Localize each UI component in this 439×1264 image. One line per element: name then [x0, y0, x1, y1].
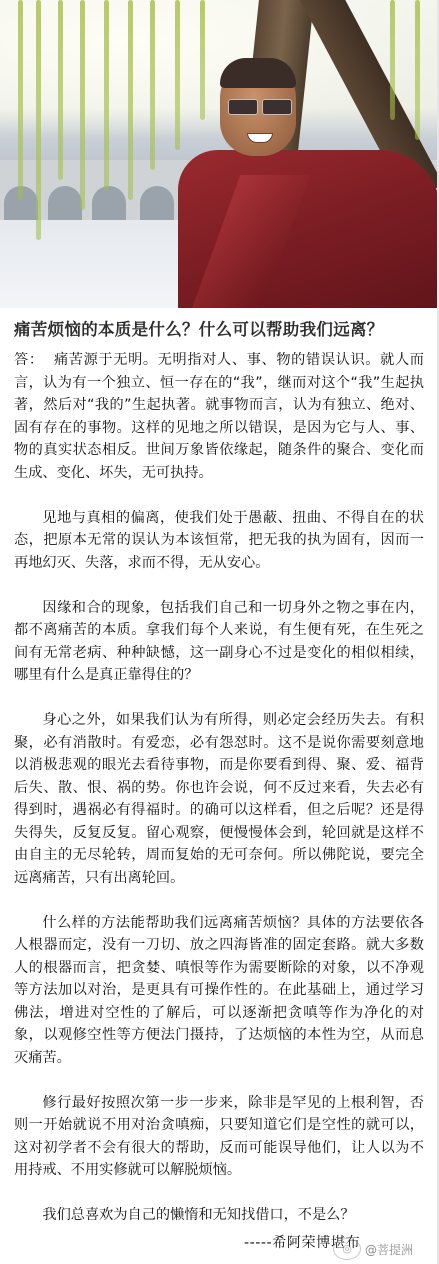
header-photo — [0, 0, 437, 308]
willow-strand — [390, 0, 395, 120]
willow-strand — [175, 0, 180, 150]
paragraph-6: 修行最好按照次第一步一步来，除非是罕见的上根利智，否则一开始就说不用对治贪嗔痴，… — [14, 1092, 424, 1182]
willow-strand — [128, 0, 133, 200]
paragraph-1: 答： 痛苦源于无明。无明指对人、事、物的错误认识。就人而言，认为有一个独立、恒一… — [14, 349, 424, 484]
weibo-logo-icon: ◎ — [333, 1238, 361, 1260]
willow-strand — [18, 0, 23, 200]
willow-strand — [200, 0, 205, 120]
willow-strand — [104, 0, 109, 190]
bridge-arch — [48, 186, 82, 220]
willow-strand — [150, 0, 155, 170]
article-title: 痛苦烦恼的本质是什么？什么可以帮助我们远离？ — [14, 319, 434, 341]
paragraph-7: 我们总喜欢为自己的懒惰和无知找借口，不是么？ — [14, 1204, 424, 1227]
paragraph-3: 因缘和合的现象，包括我们自己和一切身外之物之事在内，都不离痛苦的本质。拿我们每个… — [14, 597, 424, 687]
answer-label: 答： — [14, 352, 44, 368]
sunglasses — [228, 99, 292, 115]
paragraph-5: 什么样的方法能帮助我们远离痛苦烦恼？具体的方法要依各人根器而定，没有一刀切、放之… — [14, 912, 424, 1070]
willow-strand — [36, 0, 41, 240]
article-body: 答： 痛苦源于无明。无明指对人、事、物的错误认识。就人而言，认为有一个独立、恒一… — [14, 349, 424, 1249]
willow-strand — [415, 0, 420, 140]
paragraph-2: 见地与真相的偏离，使我们处于愚蔽、扭曲、不得自在的状态，把原本无常的误认为本该恒… — [14, 507, 424, 575]
willow-strand — [80, 0, 85, 210]
weibo-watermark: ◎ @菩提洲 — [333, 1238, 413, 1260]
weibo-handle: @菩提洲 — [365, 1241, 413, 1258]
paragraph-text: 痛苦源于无明。无明指对人、事、物的错误认识。就人而言，认为有一个独立、恒一存在的… — [14, 352, 424, 481]
bridge-arch — [140, 186, 174, 220]
paragraph-4: 身心之外，如果我们认为有所得，则必定会经历失去。有积聚，必有消散时。有爱恋，必有… — [14, 709, 424, 889]
bridge-arch — [92, 186, 126, 220]
willow-strand — [58, 0, 63, 180]
monk-hair — [220, 58, 296, 88]
